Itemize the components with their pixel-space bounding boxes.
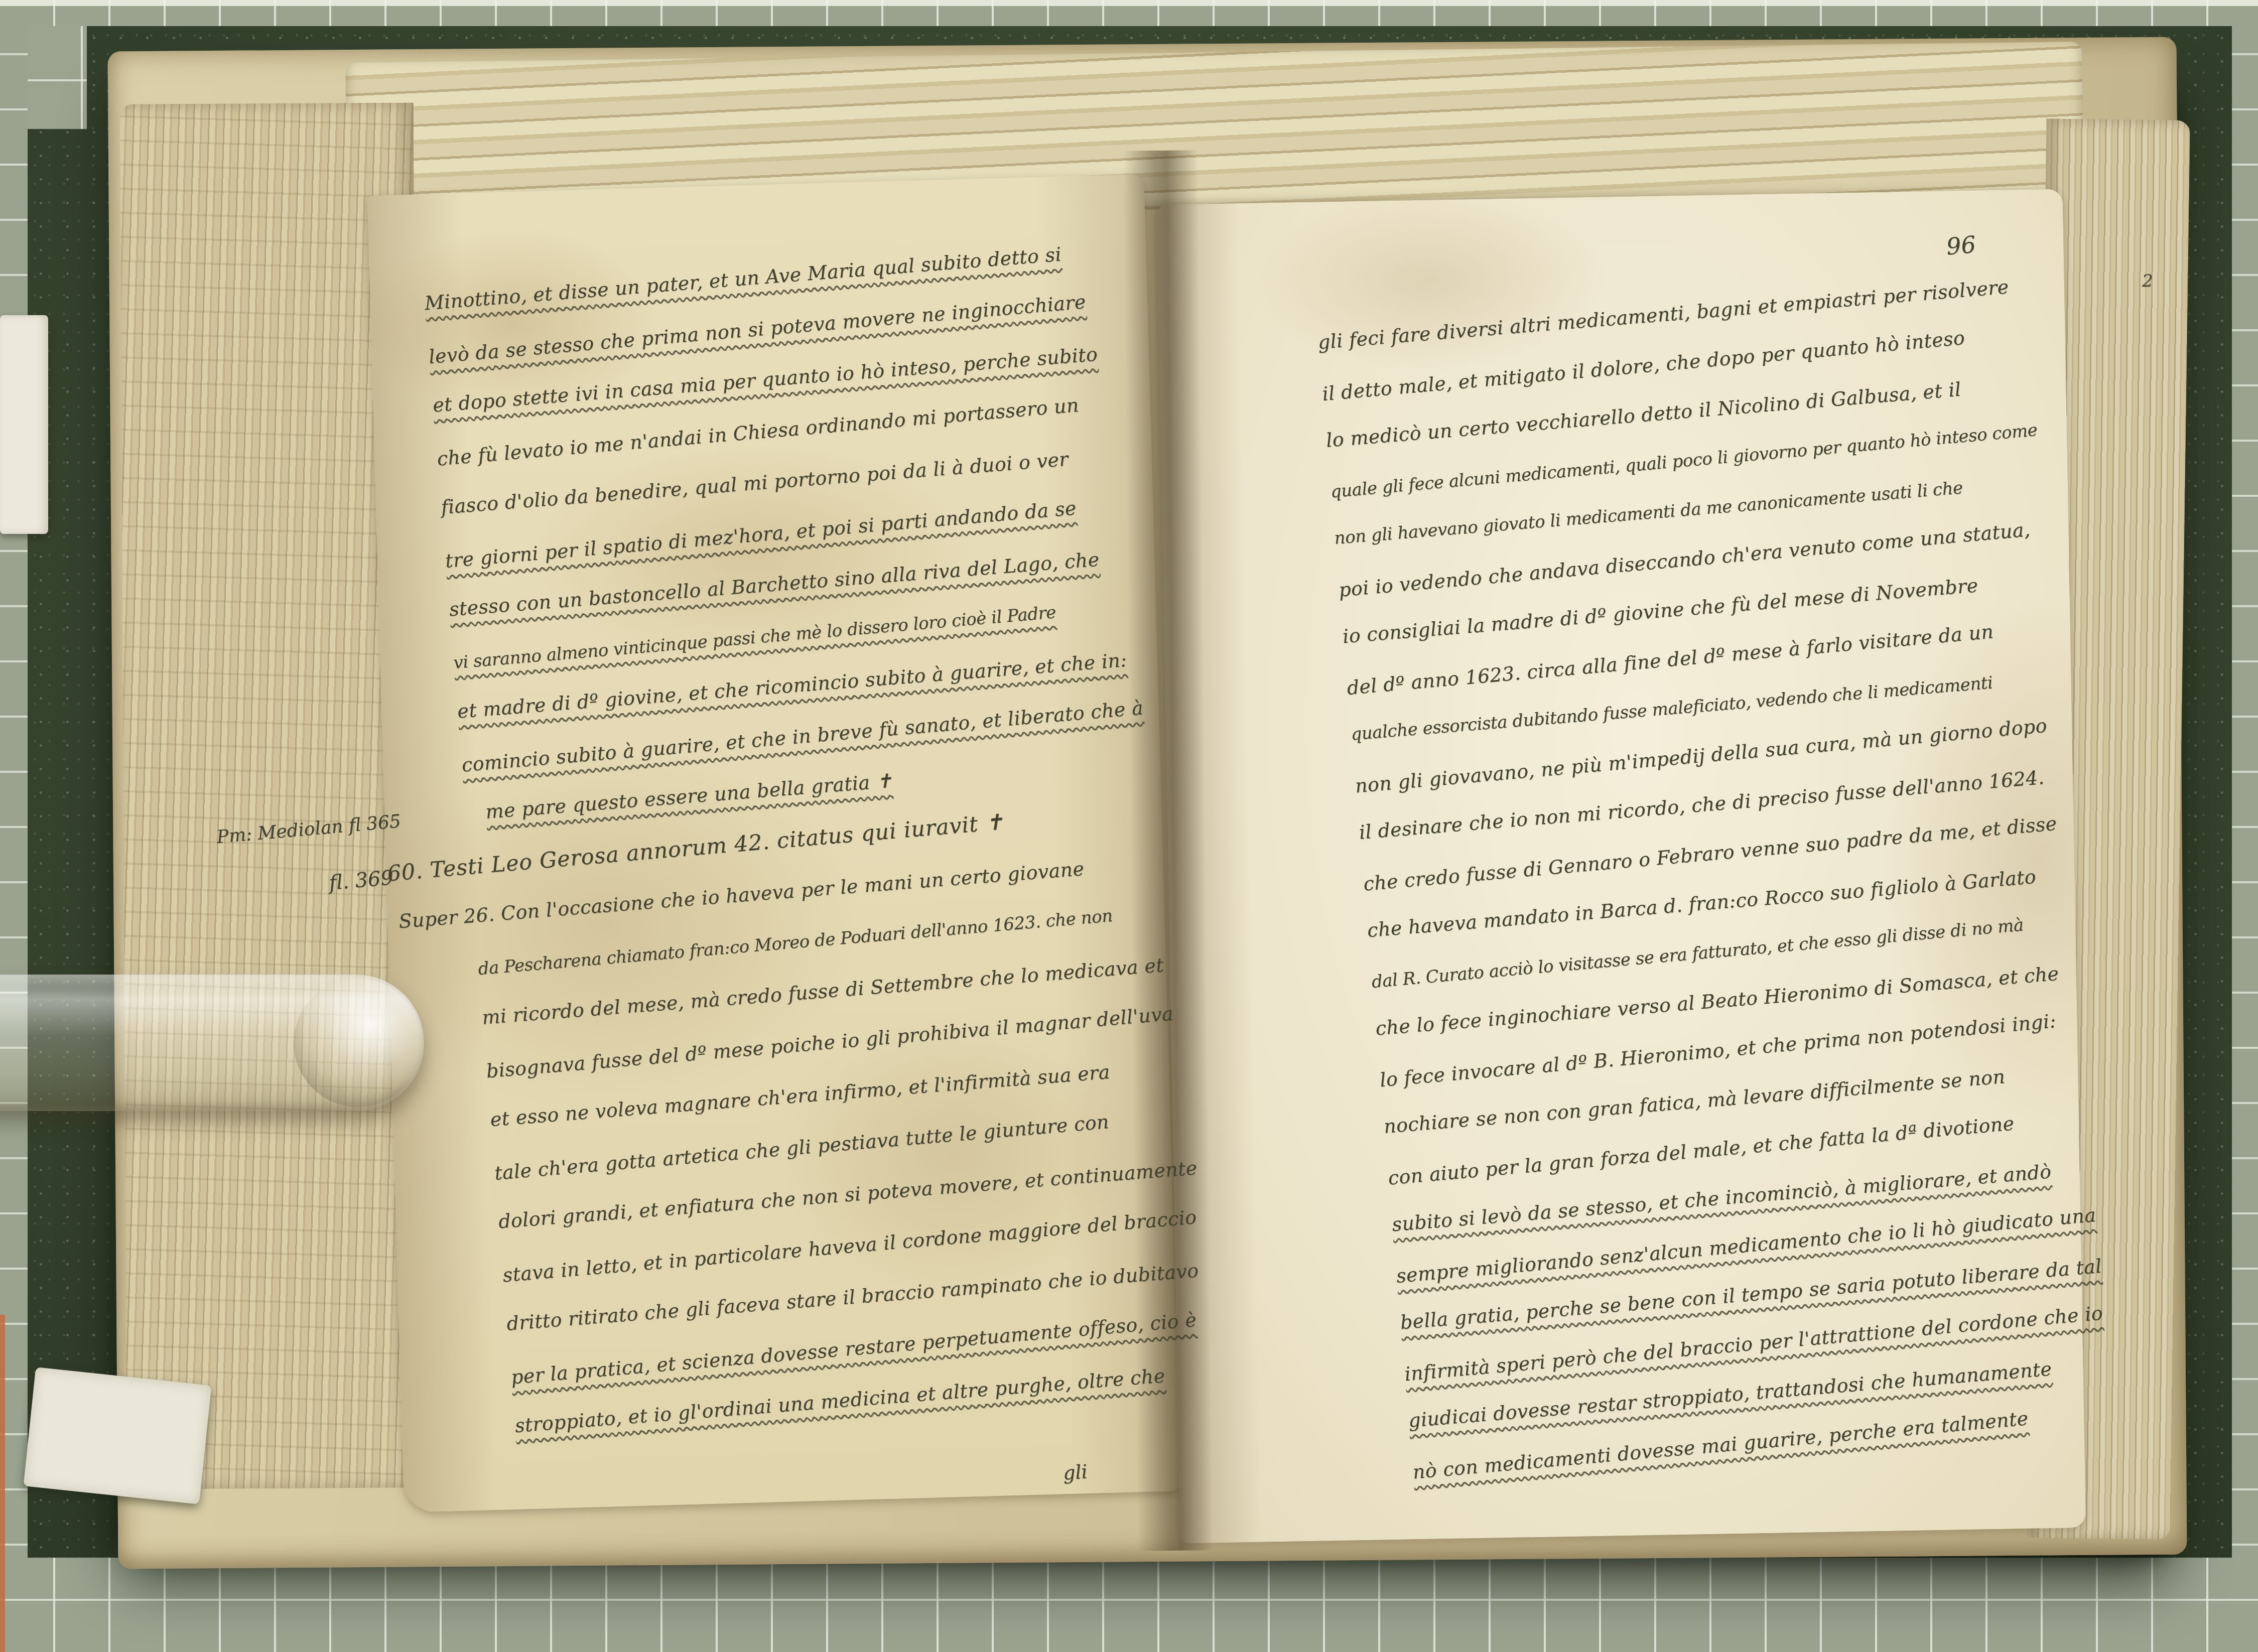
fore-edge-numeral: 2 [2142,271,2153,291]
loose-leaf-left-edge [0,315,48,534]
margin-note-line: fl. 369 [327,849,408,911]
glass-rod-end-highlight [294,979,422,1107]
left-page-text-block: Minottino, et disse un pater, et un Ave … [423,219,1257,1452]
archival-photo-stage: Minottino, et disse un pater, et un Ave … [0,0,2258,1652]
glass-rod-weight [0,975,424,1111]
mat-corner-reveal [28,26,87,129]
cloth-tape-bottom-left [24,1367,212,1504]
mat-edge-color-strip [0,1315,5,1652]
right-page-text-block: gli feci fare diversi altri medicamenti,… [1316,257,2153,1495]
folio-number: 96 [1945,231,1977,260]
catchword: gli [1062,1460,1089,1484]
margin-note: Pm: Mediolan fl 365 fl. 369 [214,794,408,920]
mat-grid-accent-line [0,0,2258,6]
